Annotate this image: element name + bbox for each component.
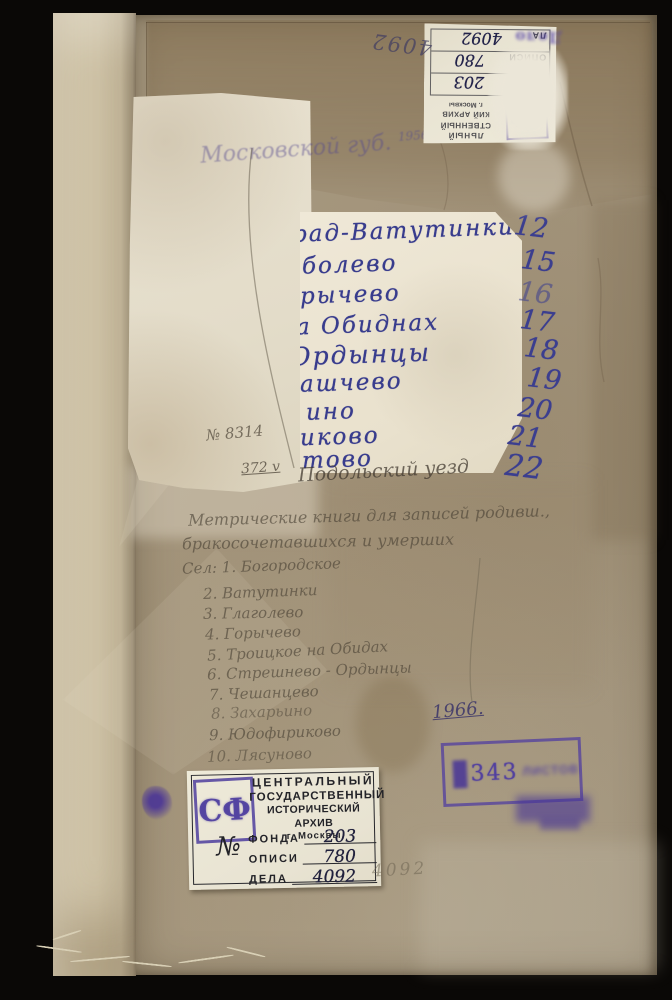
stamp-fragment: Дело: [498, 23, 562, 46]
pencil-number-372: 372 v: [240, 459, 280, 478]
page-number: 22: [503, 448, 545, 487]
torn-paper-smear: [498, 140, 570, 212]
row-label: ДЕЛА: [249, 873, 292, 886]
stamp-smudge: [452, 760, 467, 789]
page-number: 15: [519, 244, 557, 279]
village-row: ино: [306, 398, 357, 426]
archival-scan: Московской губ. 1956 № 8314 372 v рад-Ва…: [0, 0, 672, 1000]
cover-light-corner: [420, 842, 658, 970]
row-underline: 4092: [292, 863, 378, 885]
page-number: 18: [522, 332, 560, 367]
book-spine: [53, 13, 136, 976]
pencil-item: 4. Горычево: [205, 622, 301, 643]
label-rows: ФОНДА 203 ОПИСИ 780 ДЕЛА 4092: [248, 824, 377, 887]
pencil-item: 10. Лясуново: [207, 744, 312, 766]
paper-patch-list: рад-Ватутинки болево рычево а Обиднах Ор…: [300, 212, 522, 473]
embossed-frame-horizontal: [146, 22, 650, 23]
row-value: 780: [323, 850, 356, 866]
row-value: 4092: [313, 870, 357, 886]
row-value: 203: [324, 829, 357, 845]
stamp-smudge: [540, 818, 580, 830]
village-row: рычево: [300, 280, 401, 309]
pencil-item: 3. Глаголево: [203, 603, 304, 623]
sheet-count-suffix: ЛИСТОВ: [522, 762, 579, 778]
torn-paper-blob: [488, 50, 568, 150]
village-row: рад-Ватутинки: [300, 214, 515, 248]
faint-pencil-4092: 4092: [372, 859, 428, 882]
number-sign: №: [216, 832, 241, 863]
row-label: ФОНДА: [248, 833, 304, 846]
sheet-count-number: 343: [470, 759, 519, 786]
page-number: 19: [525, 362, 563, 397]
village-row: ашчево: [300, 368, 403, 398]
page-number: 12: [512, 210, 550, 245]
ink-year-note: 1966.: [431, 698, 484, 723]
cover-stain-right: [592, 200, 654, 540]
village-row: болево: [302, 250, 398, 279]
row-underline: 203: [304, 823, 377, 845]
row-underline: 780: [303, 843, 377, 865]
label-row: ДЕЛА 4092: [249, 864, 377, 886]
archive-label-bottom: СФ ЦЕНТРАЛЬНЫЙ ГОСУДАРСТВЕННЫЙ ИСТОРИЧЕС…: [187, 767, 381, 890]
cover-stain-blot: [356, 676, 430, 772]
pencil-item: 8. Захарьино: [211, 701, 313, 723]
ink-blot: [142, 786, 172, 820]
village-row: Ордынцы: [300, 338, 431, 372]
sf-stamp-text: СФ: [197, 791, 251, 829]
village-row: а Обиднах: [300, 310, 440, 341]
